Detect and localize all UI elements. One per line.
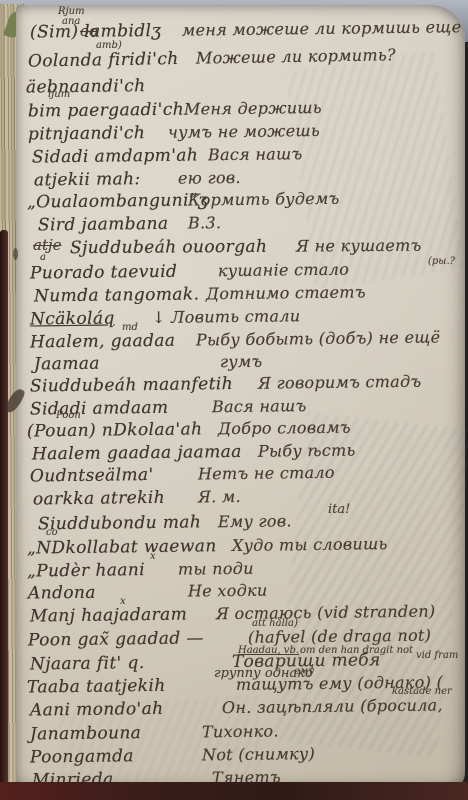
word-latin: Aani mondo'ah — [30, 699, 164, 721]
gloss-cyrillic: кушанiе стало — [218, 260, 349, 281]
annotation-mark: ему — [294, 666, 314, 677]
word-latin: Numda tangomak. — [34, 284, 200, 306]
annotation-mark: att hålla) — [252, 618, 298, 629]
word-latin: Poongamda — [30, 746, 134, 767]
annotation-mark: om den han dragit not — [300, 645, 413, 656]
word-latin: Siuddubondu mah — [38, 512, 201, 534]
word-latin: Janambouna — [30, 723, 142, 744]
annotation-mark: co — [46, 527, 58, 538]
gloss-cyrillic: Рыбу бобыть (добъ) не ещё — [196, 327, 441, 349]
gloss-cyrillic: ты поди — [178, 559, 254, 579]
gloss-cyrillic: Рыбу ѣсть — [258, 441, 356, 461]
annotation-mark: kastade ner — [392, 686, 452, 697]
word-latin: Manj haajadaram — [30, 605, 187, 627]
gloss-cyrillic: Тихонко. — [202, 721, 279, 741]
annotation-mark: (ры.? — [428, 256, 455, 267]
word-latin: Sird jaambana — [38, 214, 169, 236]
word-latin: Puorado taevuid — [30, 262, 178, 284]
word-latin: Taaba taatjekih — [27, 676, 166, 698]
annotation-mark: amb) — [96, 40, 122, 51]
word-latin: Poon gax̃ gaadad — — [28, 628, 204, 650]
gloss-cyrillic: Not (снимку) — [202, 744, 315, 764]
word-latin: „NDkollabat waewan — [27, 536, 217, 558]
word-latin: „Oualaombanguni”ʒ — [27, 190, 208, 212]
annotation-mark: x — [120, 596, 126, 607]
annotation-mark: a — [40, 252, 46, 263]
word-latin: Haalem, gaadaa — [30, 331, 176, 353]
word-latin: (Pouan) nDkolaa'ah — [27, 419, 203, 441]
gloss-cyrillic: Меня держишь — [184, 98, 322, 119]
gloss-cyrillic: Я не кушаетъ — [296, 236, 422, 256]
gloss-cyrillic: ↓ Ловить стали — [152, 306, 301, 327]
word-latin: Oolanda firidi'ch — [28, 49, 179, 72]
word-latin: Sidadi amdapm'ah — [32, 145, 198, 167]
annotation-mark: ana — [62, 16, 80, 27]
struck-word: oo — [80, 22, 98, 40]
word-latin: Haalem gaadaa jaamaa — [32, 442, 242, 465]
annotation-mark: ijum — [48, 89, 70, 100]
word-latin: Andona — [28, 583, 96, 604]
word-latin: Oudntseälma' — [30, 465, 154, 487]
gloss-cyrillic: Нетъ не стало — [198, 463, 335, 484]
gloss-cyrillic: Не ходки — [188, 581, 268, 601]
gloss-cyrillic: Можеше ли кормить? — [196, 45, 396, 67]
gloss-cyrillic: Он. зацѣпляли (бросила, — [222, 695, 443, 717]
word-latin: Sidadi amdaam — [30, 398, 169, 420]
annotation-mark: Poon — [56, 410, 81, 421]
gloss-cyrillic: Дотнимо стаетъ — [206, 282, 366, 303]
annotation-mark: Haadau, vb. — [238, 645, 299, 656]
word-latin: Sjuddubeáh ouoorgah — [70, 237, 267, 258]
word-latin: bim paergaadi'ch — [28, 100, 184, 122]
gloss-cyrillic: Вася нашъ — [212, 396, 307, 416]
manuscript-photo: (Sim) lambidlʒ меня можеше ли кормишь ещ… — [0, 0, 468, 800]
gloss-cyrillic: Добро словамъ — [218, 418, 351, 439]
word-latin: Siuddubeáh maanfetih — [30, 374, 233, 396]
word-latin: oarkka atrekih — [33, 488, 165, 510]
word-latin: pitnjaandi'ch — [28, 123, 146, 144]
struck-word: atje — [33, 236, 62, 254]
gloss-cyrillic: В.3. — [188, 213, 222, 232]
gloss-cyrillic: Я. м. — [198, 487, 241, 507]
handwriting-layer: (Sim) lambidlʒ меня можеше ли кормишь ещ… — [0, 0, 468, 800]
word-latin: äebnaandi'ch — [26, 76, 146, 97]
word-latin: Ncäkoláq — [30, 308, 115, 329]
background-bottom-band — [0, 782, 468, 800]
word-latin: „Pudèr haani — [27, 560, 145, 581]
word-latin: Njaara fit' q. — [30, 653, 145, 674]
gloss-cyrillic: меня можеше ли кормишь еще — [182, 17, 462, 39]
annotation-mark: x — [150, 551, 156, 562]
annotation-mark: vid fram — [416, 650, 458, 661]
gloss-cyrillic: Я остаюсь (vid stranden) — [216, 602, 436, 624]
gloss-cyrillic: Кормить будемъ — [188, 189, 340, 210]
annotation-mark: md — [122, 322, 138, 333]
gloss-cyrillic: чумъ не можешь — [168, 121, 320, 142]
gloss-cyrillic: Вася нашъ — [208, 144, 303, 164]
word-latin: Jaamaa — [34, 354, 100, 375]
gloss-cyrillic: Худо ты словишь — [232, 534, 388, 555]
gloss-cyrillic: Я говоримъ стадъ — [258, 372, 422, 393]
gloss-cyrillic: Ему гов. — [218, 511, 292, 531]
gloss-cyrillic: гумъ — [220, 352, 263, 372]
gloss-cyrillic: ею гов. — [178, 168, 241, 188]
annotation-mark: ita! — [328, 502, 350, 517]
word-latin: atjekii mah: — [34, 169, 141, 190]
